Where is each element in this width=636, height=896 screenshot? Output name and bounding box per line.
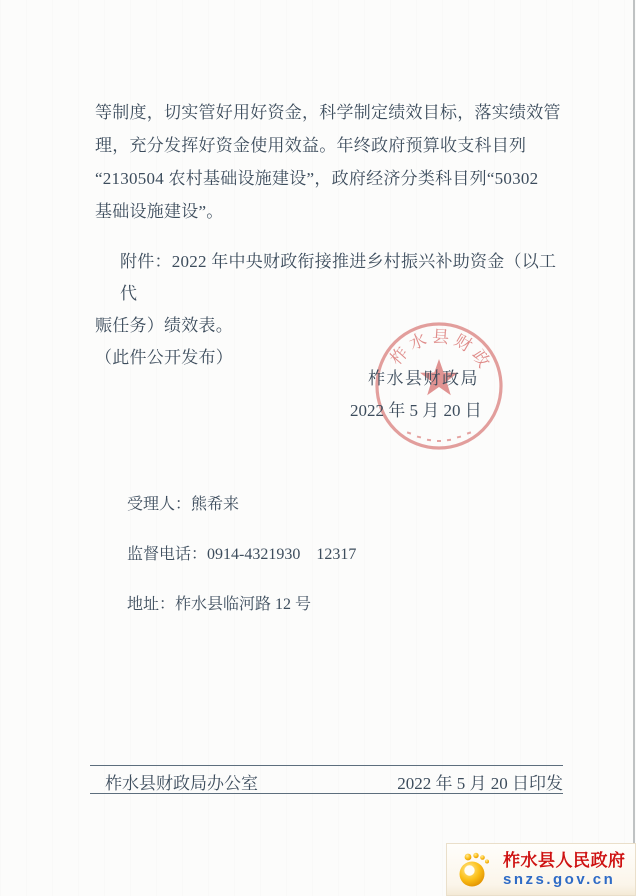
body-line: 等制度，切实管好用好资金，科学制定绩效目标，落实绩效管	[95, 96, 563, 129]
body-line: 基础设施建设”。	[95, 195, 563, 228]
footer-office: 柞水县财政局办公室	[90, 769, 258, 794]
footer-row: 柞水县财政局办公室 2022 年 5 月 20 日印发	[90, 769, 563, 794]
contact-address: 地址：柞水县临河路 12 号	[127, 591, 356, 614]
contact-handler: 受理人：熊希来	[127, 491, 356, 514]
scanned-document-page: { "colors": { "ink": "#3c4c5c", "seal_re…	[0, 0, 636, 896]
contact-block: 受理人：熊希来 监督电话：0914-4321930 12317 地址：柞水县临河…	[127, 491, 356, 641]
contact-phone: 监督电话：0914-4321930 12317	[127, 541, 356, 564]
body-line: 理，充分发挥好资金使用效益。年终政府预算收支科目列	[95, 129, 563, 162]
signature-org: 柞水县财政局	[368, 364, 479, 389]
footer-rule-top	[90, 765, 563, 766]
footer-rule-bottom	[90, 793, 563, 794]
signature-date: 2022 年 5 月 20 日	[350, 396, 482, 421]
watermark-domain: snzs.gov.cn	[503, 871, 626, 888]
watermark-gov-name: 柞水县人民政府	[503, 851, 626, 871]
footer-print-date: 2022 年 5 月 20 日印发	[397, 769, 563, 794]
footprint-icon	[455, 849, 495, 891]
gov-watermark-badge: 柞水县人民政府 snzs.gov.cn	[446, 843, 636, 896]
seal-serial-marks	[407, 431, 471, 442]
watermark-text: 柞水县人民政府 snzs.gov.cn	[503, 851, 626, 888]
body-line: “2130504 农村基础设施建设”，政府经济分类科目列“50302	[95, 162, 563, 195]
body-paragraph: 等制度，切实管好用好资金，科学制定绩效目标，落实绩效管 理，充分发挥好资金使用效…	[95, 96, 563, 228]
scan-edge-shadow	[633, 0, 635, 896]
attachment-line: 附件：2022 年中央财政衔接推进乡村振兴补助资金（以工代	[95, 246, 563, 310]
